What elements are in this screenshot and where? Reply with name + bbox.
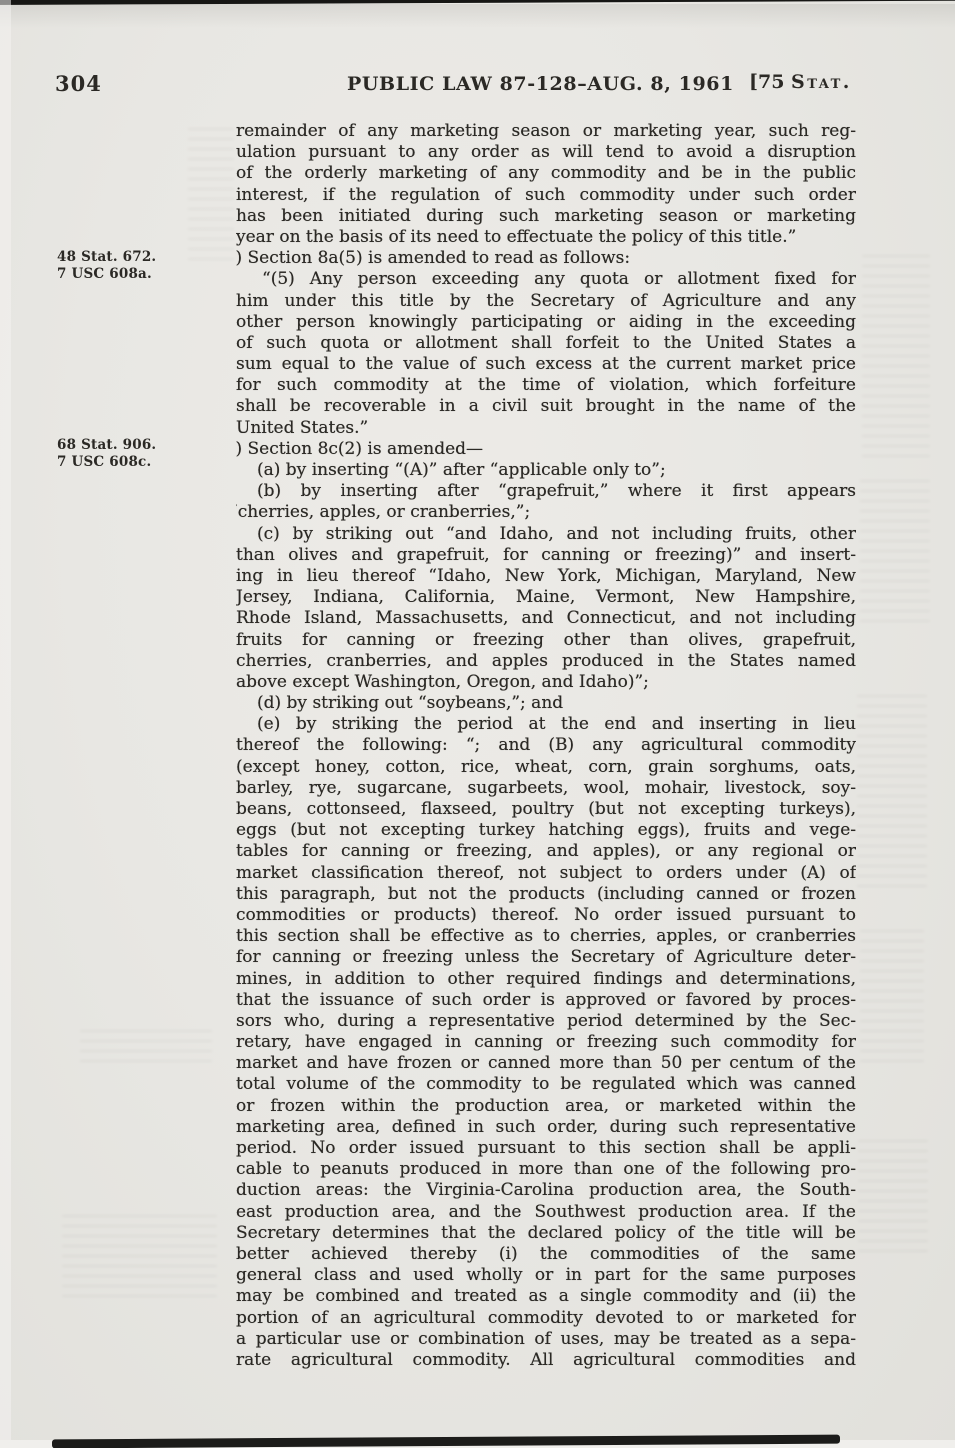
statute-text-line: barley, rye, sugarcane, sugarbeets, wool… <box>236 778 856 799</box>
statute-text-line: market and have frozen or canned more th… <box>236 1053 856 1074</box>
scan-edge-left <box>0 0 11 1448</box>
bleed-through-artifact <box>860 930 924 1070</box>
statute-text-line: “(5) Any person exceeding any quota or a… <box>236 269 856 290</box>
statute-text-line: of such quota or allotment shall forfeit… <box>236 333 856 354</box>
statute-text-line: beans, cottonseed, flaxseed, poultry (bu… <box>236 799 856 820</box>
statute-text-line: (2) Section 8a(5) is amended to read as … <box>236 248 856 269</box>
statute-text-line: (e) by striking the period at the end an… <box>236 714 856 735</box>
statute-text-line: sum equal to the value of such excess at… <box>236 354 856 375</box>
statute-text-line: ulation pursuant to any order as will te… <box>236 142 856 163</box>
statute-text-line: sors who, during a representative period… <box>236 1011 856 1032</box>
statute-text-line: shall be recoverable in a civil suit bro… <box>236 396 856 417</box>
statute-text-line: tables for canning or freezing, and appl… <box>236 841 856 862</box>
stat-bracket: [75 <box>749 71 791 93</box>
statute-text-line: cable to peanuts produced in more than o… <box>236 1159 856 1180</box>
statute-text-line: marketing area, defined in such order, d… <box>236 1117 856 1138</box>
statute-text-line: commodities or products) thereof. No ord… <box>236 905 856 926</box>
statute-text-line: “cherries, apples, or cranberries,”; <box>236 502 856 523</box>
statute-text-line: remainder of any marketing season or mar… <box>236 121 856 142</box>
bleed-through-artifact <box>858 1140 928 1260</box>
statute-text-line: cherries, cranberries, and apples produc… <box>236 651 856 672</box>
statute-text-line: east production area, and the Southwest … <box>236 1202 856 1223</box>
statute-text-column: remainder of any marketing season or mar… <box>236 121 856 1371</box>
running-header-title: PUBLIC LAW 87-128–AUG. 8, 1961 <box>347 73 734 95</box>
margin-note-line: 7 USC 608c. <box>57 454 219 471</box>
statute-text-line: duction areas: the Virginia-Carolina pro… <box>236 1180 856 1201</box>
statute-text-line: or frozen within the production area, or… <box>236 1096 856 1117</box>
bleed-through-artifact <box>857 695 927 895</box>
statute-text-line: (3) Section 8c(2) is amended— <box>236 439 856 460</box>
bleed-through-artifact <box>188 128 234 263</box>
bleed-through-artifact <box>80 1030 212 1070</box>
statute-text-line: that the issuance of such order is appro… <box>236 990 856 1011</box>
statute-text-line: retary, have engaged in canning or freez… <box>236 1032 856 1053</box>
statute-text-line: than olives and grapefruit, for canning … <box>236 545 856 566</box>
bleed-through-artifact <box>62 1215 217 1300</box>
statute-text-line: for such commodity at the time of violat… <box>236 375 856 396</box>
margin-note-608a: 48 Stat. 672. 7 USC 608a. <box>57 249 219 283</box>
statute-text-line: (d) by striking out “soybeans,”; and <box>236 693 856 714</box>
statute-text-line: period. No order issued pursuant to this… <box>236 1138 856 1159</box>
statute-text-line: (b) by inserting after “grapefruit,” whe… <box>236 481 856 502</box>
bleed-through-artifact <box>860 480 930 630</box>
margin-note-line: 48 Stat. 672. <box>57 249 219 266</box>
statute-text-line: portion of an agricultural commodity dev… <box>236 1308 856 1329</box>
statute-text-line: general class and used wholly or in part… <box>236 1265 856 1286</box>
statute-text-line: fruits for canning or freezing other tha… <box>236 630 856 651</box>
statute-text-line: him under this title by the Secretary of… <box>236 291 856 312</box>
statute-text-line: Secretary determines that the declared p… <box>236 1223 856 1244</box>
statute-text-line: above except Washington, Oregon, and Ida… <box>236 672 856 693</box>
statute-text-line: Jersey, Indiana, California, Maine, Verm… <box>236 587 856 608</box>
statute-text-line: ing in lieu thereof “Idaho, New York, Mi… <box>236 566 856 587</box>
statute-text-line: better achieved thereby (i) the commodit… <box>236 1244 856 1265</box>
bleed-through-artifact <box>862 255 930 465</box>
statute-text-line: (except honey, cotton, rice, wheat, corn… <box>236 757 856 778</box>
statute-text-line: mines, in addition to other required fin… <box>236 969 856 990</box>
stat-word: Stat. <box>791 71 852 93</box>
statute-text-line: thereof the following: “; and (B) any ag… <box>236 735 856 756</box>
scan-edge-top-shadow <box>0 4 955 28</box>
page-number: 304 <box>55 71 102 96</box>
statute-text-line: eggs (but not excepting turkey hatching … <box>236 820 856 841</box>
statute-text-line: Rhode Island, Massachusetts, and Connect… <box>236 608 856 629</box>
statute-text-line: United States.” <box>236 418 856 439</box>
statute-text-line: year on the basis of its need to effectu… <box>236 227 856 248</box>
statute-text-line: (a) by inserting “(A)” after “applicable… <box>236 460 856 481</box>
statute-text-line: this section shall be effective as to ch… <box>236 926 856 947</box>
stat-volume-citation: [75 Stat. <box>749 71 852 93</box>
statute-text-line: rate agricultural commodity. All agricul… <box>236 1350 856 1371</box>
statute-text-line: this paragraph, but not the products (in… <box>236 884 856 905</box>
statute-text-line: for canning or freezing unless the Secre… <box>236 947 856 968</box>
statute-text-line: interest, if the regulation of such comm… <box>236 185 856 206</box>
statute-text-line: total volume of the commodity to be regu… <box>236 1074 856 1095</box>
statute-text-line: may be combined and treated as a single … <box>236 1286 856 1307</box>
statute-text-line: of the orderly marketing of any commodit… <box>236 163 856 184</box>
statute-text-line: other person knowingly participating or … <box>236 312 856 333</box>
margin-note-line: 7 USC 608a. <box>57 266 219 283</box>
statute-page-scan: 304 PUBLIC LAW 87-128–AUG. 8, 1961 [75 S… <box>0 0 955 1448</box>
statute-text-line: a particular use or combination of uses,… <box>236 1329 856 1350</box>
margin-note-608c: 68 Stat. 906. 7 USC 608c. <box>57 437 219 471</box>
statute-text-line: market classification thereof, not subje… <box>236 863 856 884</box>
statute-text-line: has been initiated during such marketing… <box>236 206 856 227</box>
statute-text-line: (c) by striking out “and Idaho, and not … <box>236 524 856 545</box>
margin-note-line: 68 Stat. 906. <box>57 437 219 454</box>
